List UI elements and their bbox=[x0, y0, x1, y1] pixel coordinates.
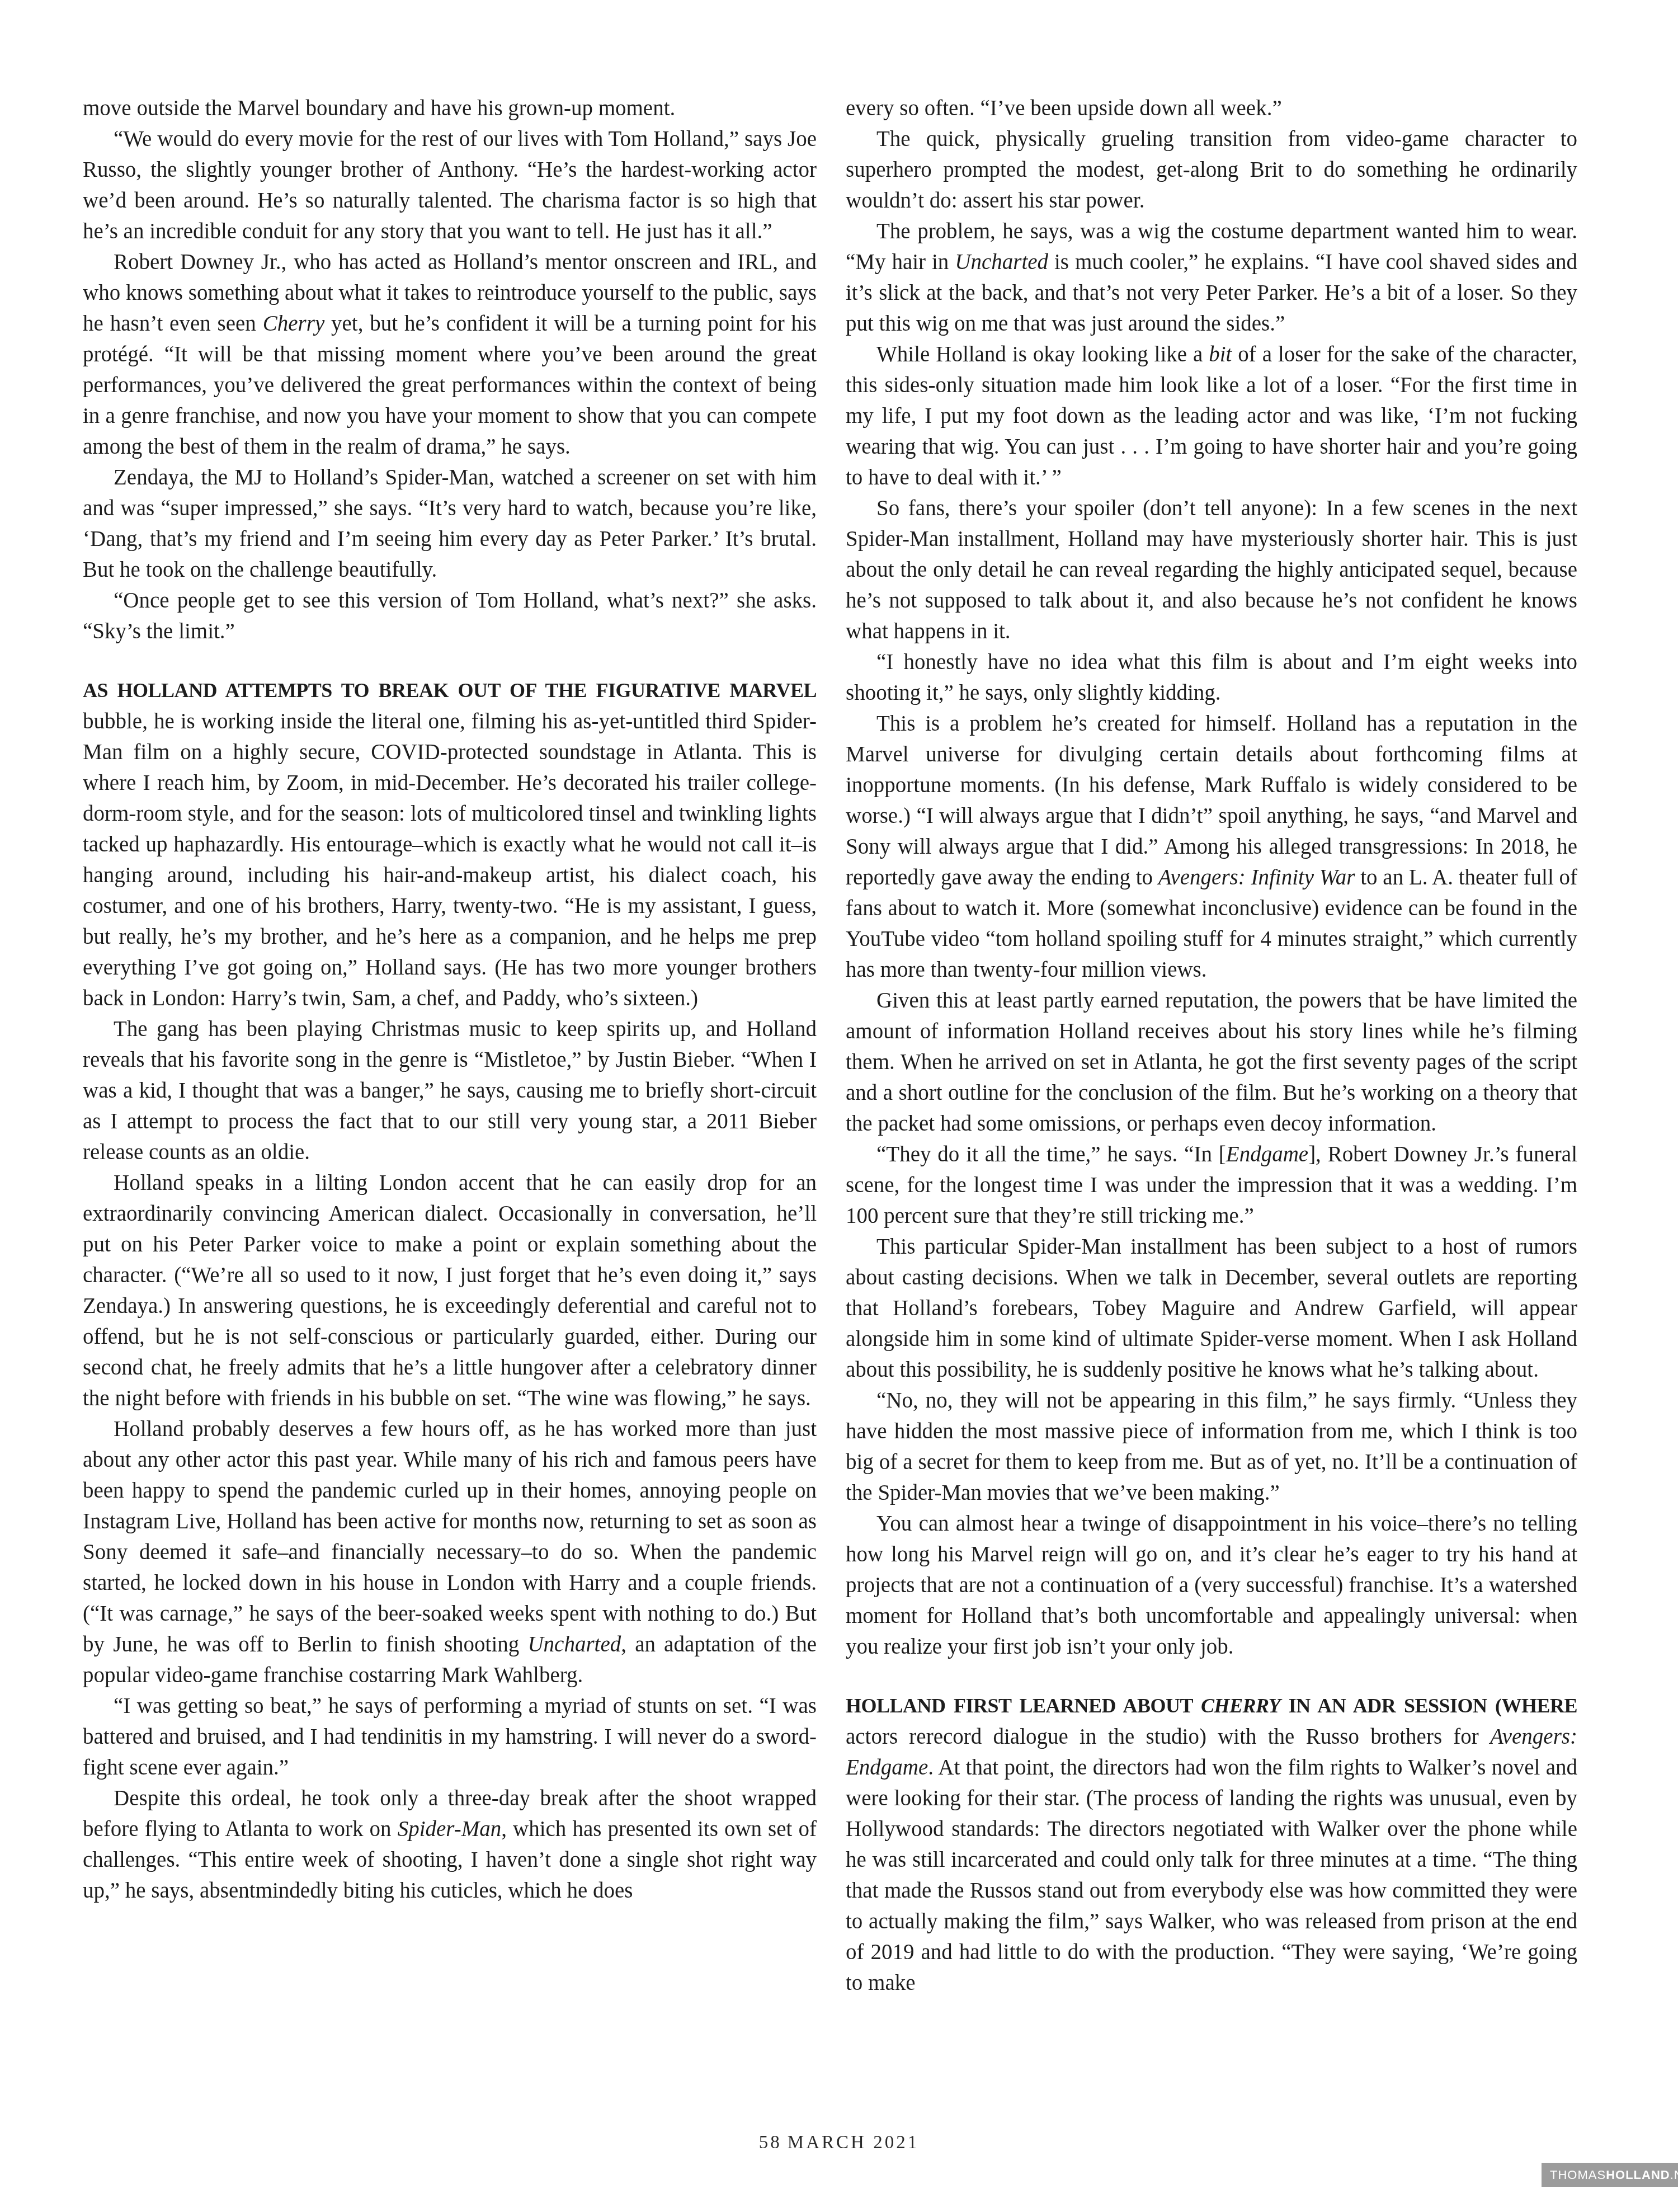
text-segment: “No, no, they will not be appearing in t… bbox=[846, 1389, 1577, 1505]
section-header-lead: CHERRY bbox=[1201, 1695, 1280, 1717]
body-paragraph: “No, no, they will not be appearing in t… bbox=[846, 1385, 1577, 1508]
body-paragraph: “I honestly have no idea what this film … bbox=[846, 647, 1577, 708]
body-paragraph: “We would do every movie for the rest of… bbox=[83, 124, 817, 247]
section-header-lead: AS HOLLAND ATTEMPTS TO BREAK OUT OF THE … bbox=[83, 679, 817, 702]
text-segment: bubble, he is working inside the literal… bbox=[83, 709, 817, 1010]
body-paragraph: “Once people get to see this version of … bbox=[83, 585, 817, 647]
text-segment: every so often. “I’ve been upside down a… bbox=[846, 96, 1282, 120]
section-paragraph: AS HOLLAND ATTEMPTS TO BREAK OUT OF THE … bbox=[83, 675, 817, 1014]
body-paragraph: So fans, there’s your spoiler (don’t tel… bbox=[846, 493, 1577, 647]
body-paragraph: Robert Downey Jr., who has acted as Holl… bbox=[83, 247, 817, 462]
text-segment: You can almost hear a twinge of disappoi… bbox=[846, 1512, 1577, 1659]
body-paragraph: This is a problem he’s created for himse… bbox=[846, 708, 1577, 985]
site-watermark: THOMASHOLLAND.NET bbox=[1542, 2163, 1678, 2187]
text-segment: bit bbox=[1209, 342, 1232, 366]
text-segment: Given this at least partly earned reputa… bbox=[846, 989, 1577, 1136]
section-header-lead: IN AN ADR SESSION (WHERE bbox=[1280, 1695, 1577, 1717]
text-segment: Cherry bbox=[263, 312, 325, 336]
body-paragraph: The gang has been playing Christmas musi… bbox=[83, 1014, 817, 1168]
watermark-prefix: THOMAS bbox=[1550, 2168, 1606, 2182]
body-paragraph: “I was getting so beat,” he says of perf… bbox=[83, 1691, 817, 1783]
text-segment: Endgame bbox=[1226, 1142, 1308, 1166]
body-paragraph: The quick, physically grueling transitio… bbox=[846, 124, 1577, 216]
text-segment: This particular Spider-Man installment h… bbox=[846, 1235, 1577, 1382]
page-footer: 58MARCH 2021 bbox=[0, 2133, 1678, 2153]
body-paragraph: This particular Spider-Man installment h… bbox=[846, 1231, 1577, 1385]
body-paragraph: move outside the Marvel boundary and hav… bbox=[83, 93, 817, 124]
text-segment: So fans, there’s your spoiler (don’t tel… bbox=[846, 496, 1577, 643]
body-paragraph: The problem, he says, was a wig the cost… bbox=[846, 216, 1577, 339]
body-paragraph: Given this at least partly earned reputa… bbox=[846, 985, 1577, 1139]
body-paragraph: Holland probably deserves a few hours of… bbox=[83, 1414, 817, 1691]
text-segment: Uncharted bbox=[955, 250, 1048, 274]
text-segment: “We would do every movie for the rest of… bbox=[83, 127, 817, 243]
body-paragraph: every so often. “I’ve been upside down a… bbox=[846, 93, 1577, 124]
text-segment: “I was getting so beat,” he says of perf… bbox=[83, 1694, 817, 1780]
article-left-column: move outside the Marvel boundary and hav… bbox=[83, 93, 817, 1906]
text-segment: “I honestly have no idea what this film … bbox=[846, 650, 1577, 705]
body-paragraph: You can almost hear a twinge of disappoi… bbox=[846, 1508, 1577, 1662]
text-segment: Uncharted bbox=[527, 1632, 621, 1656]
watermark-bold: HOLLAND bbox=[1606, 2168, 1670, 2182]
article-right-column: every so often. “I’ve been upside down a… bbox=[846, 93, 1577, 1998]
issue-date: MARCH 2021 bbox=[788, 2133, 919, 2153]
body-paragraph: While Holland is okay looking like a bit… bbox=[846, 339, 1577, 493]
body-paragraph: Zendaya, the MJ to Holland’s Spider-Man,… bbox=[83, 462, 817, 585]
text-segment: actors rerecord dialogue in the studio) … bbox=[846, 1725, 1490, 1749]
text-segment: Holland speaks in a lilting London accen… bbox=[83, 1171, 817, 1410]
text-segment: move outside the Marvel boundary and hav… bbox=[83, 96, 675, 120]
text-segment: This is a problem he’s created for himse… bbox=[846, 712, 1577, 889]
text-segment: “They do it all the time,” he says. “In … bbox=[876, 1142, 1226, 1166]
body-paragraph: Despite this ordeal, he took only a thre… bbox=[83, 1783, 817, 1906]
section-header-lead: HOLLAND FIRST LEARNED ABOUT bbox=[846, 1695, 1201, 1717]
body-paragraph: “They do it all the time,” he says. “In … bbox=[846, 1139, 1577, 1231]
text-segment: While Holland is okay looking like a bbox=[876, 342, 1209, 366]
text-segment: Spider-Man bbox=[398, 1817, 502, 1841]
text-segment: . At that point, the directors had won t… bbox=[846, 1756, 1577, 1995]
body-paragraph: Holland speaks in a lilting London accen… bbox=[83, 1168, 817, 1414]
text-segment: Zendaya, the MJ to Holland’s Spider-Man,… bbox=[83, 465, 817, 582]
section-paragraph: HOLLAND FIRST LEARNED ABOUT CHERRY IN AN… bbox=[846, 1690, 1577, 1998]
page-number: 58 bbox=[759, 2133, 782, 2153]
text-segment: “Once people get to see this version of … bbox=[83, 589, 817, 643]
watermark-suffix: .NET bbox=[1670, 2168, 1678, 2182]
text-segment: The quick, physically grueling transitio… bbox=[846, 127, 1577, 213]
magazine-page: move outside the Marvel boundary and hav… bbox=[0, 0, 1678, 2212]
text-segment: The gang has been playing Christmas musi… bbox=[83, 1017, 817, 1164]
text-segment: Avengers: Infinity War bbox=[1158, 865, 1355, 889]
text-segment: Holland probably deserves a few hours of… bbox=[83, 1417, 817, 1656]
